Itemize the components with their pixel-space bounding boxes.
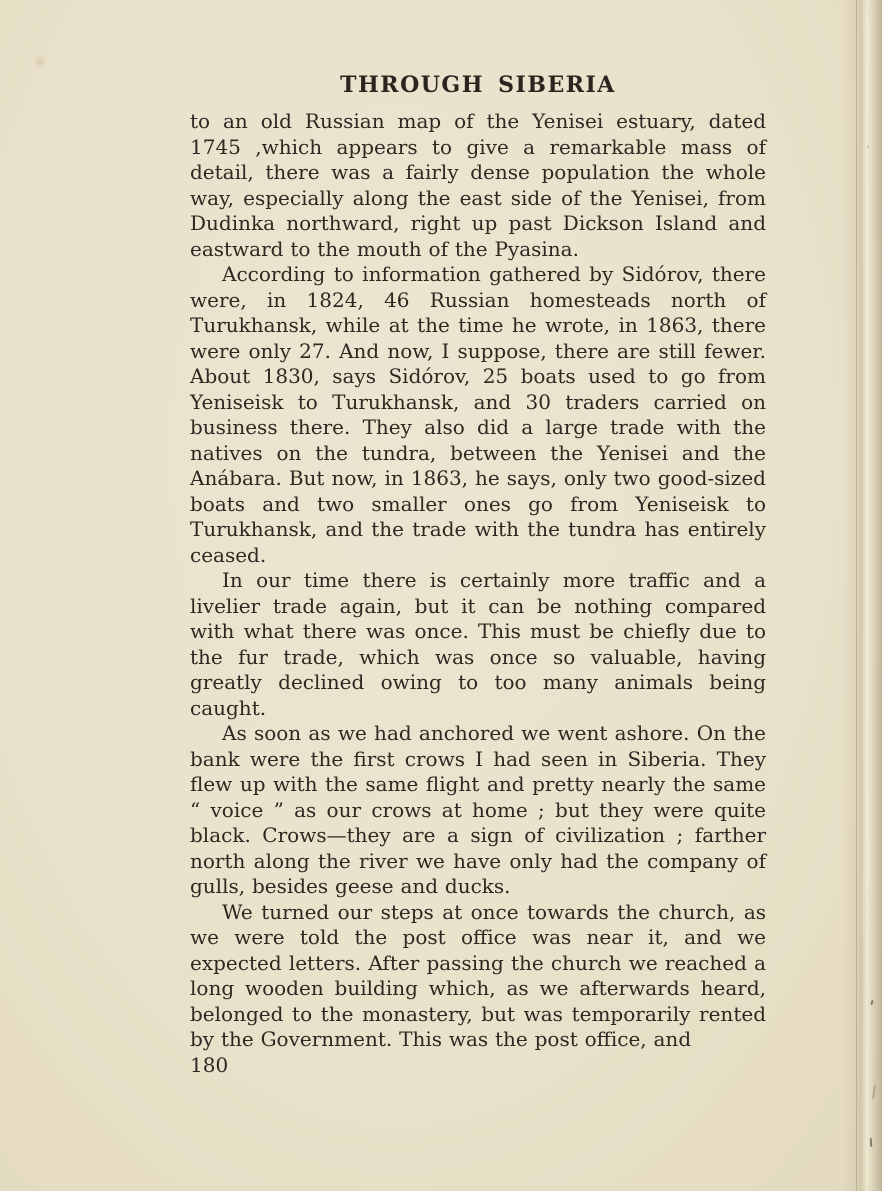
paper-speck — [872, 1085, 876, 1099]
paragraph: to an old Russian map of the Yenisei est… — [190, 109, 766, 262]
book-page-scan: THROUGH SIBERIA to an old Russian map of… — [0, 0, 882, 1191]
paper-speck — [870, 1138, 873, 1147]
page-edge-shadow — [842, 0, 882, 1191]
paragraph: We turned our steps at once towards the … — [190, 900, 766, 1053]
paragraph: As soon as we had anchored we went ashor… — [190, 721, 766, 900]
text-column: THROUGH SIBERIA to an old Russian map of… — [190, 72, 766, 1078]
paper-smudge — [32, 56, 48, 68]
page-number: 180 — [190, 1053, 766, 1079]
body-text: to an old Russian map of the Yenisei est… — [190, 109, 766, 1053]
paragraph: According to information gathered by Sid… — [190, 262, 766, 568]
paper-speck — [871, 1000, 874, 1005]
paragraph: In our time there is certainly more traf… — [190, 568, 766, 721]
page-edge-line — [856, 0, 857, 1191]
running-head: THROUGH SIBERIA — [190, 72, 766, 98]
paper-speck — [867, 145, 869, 148]
